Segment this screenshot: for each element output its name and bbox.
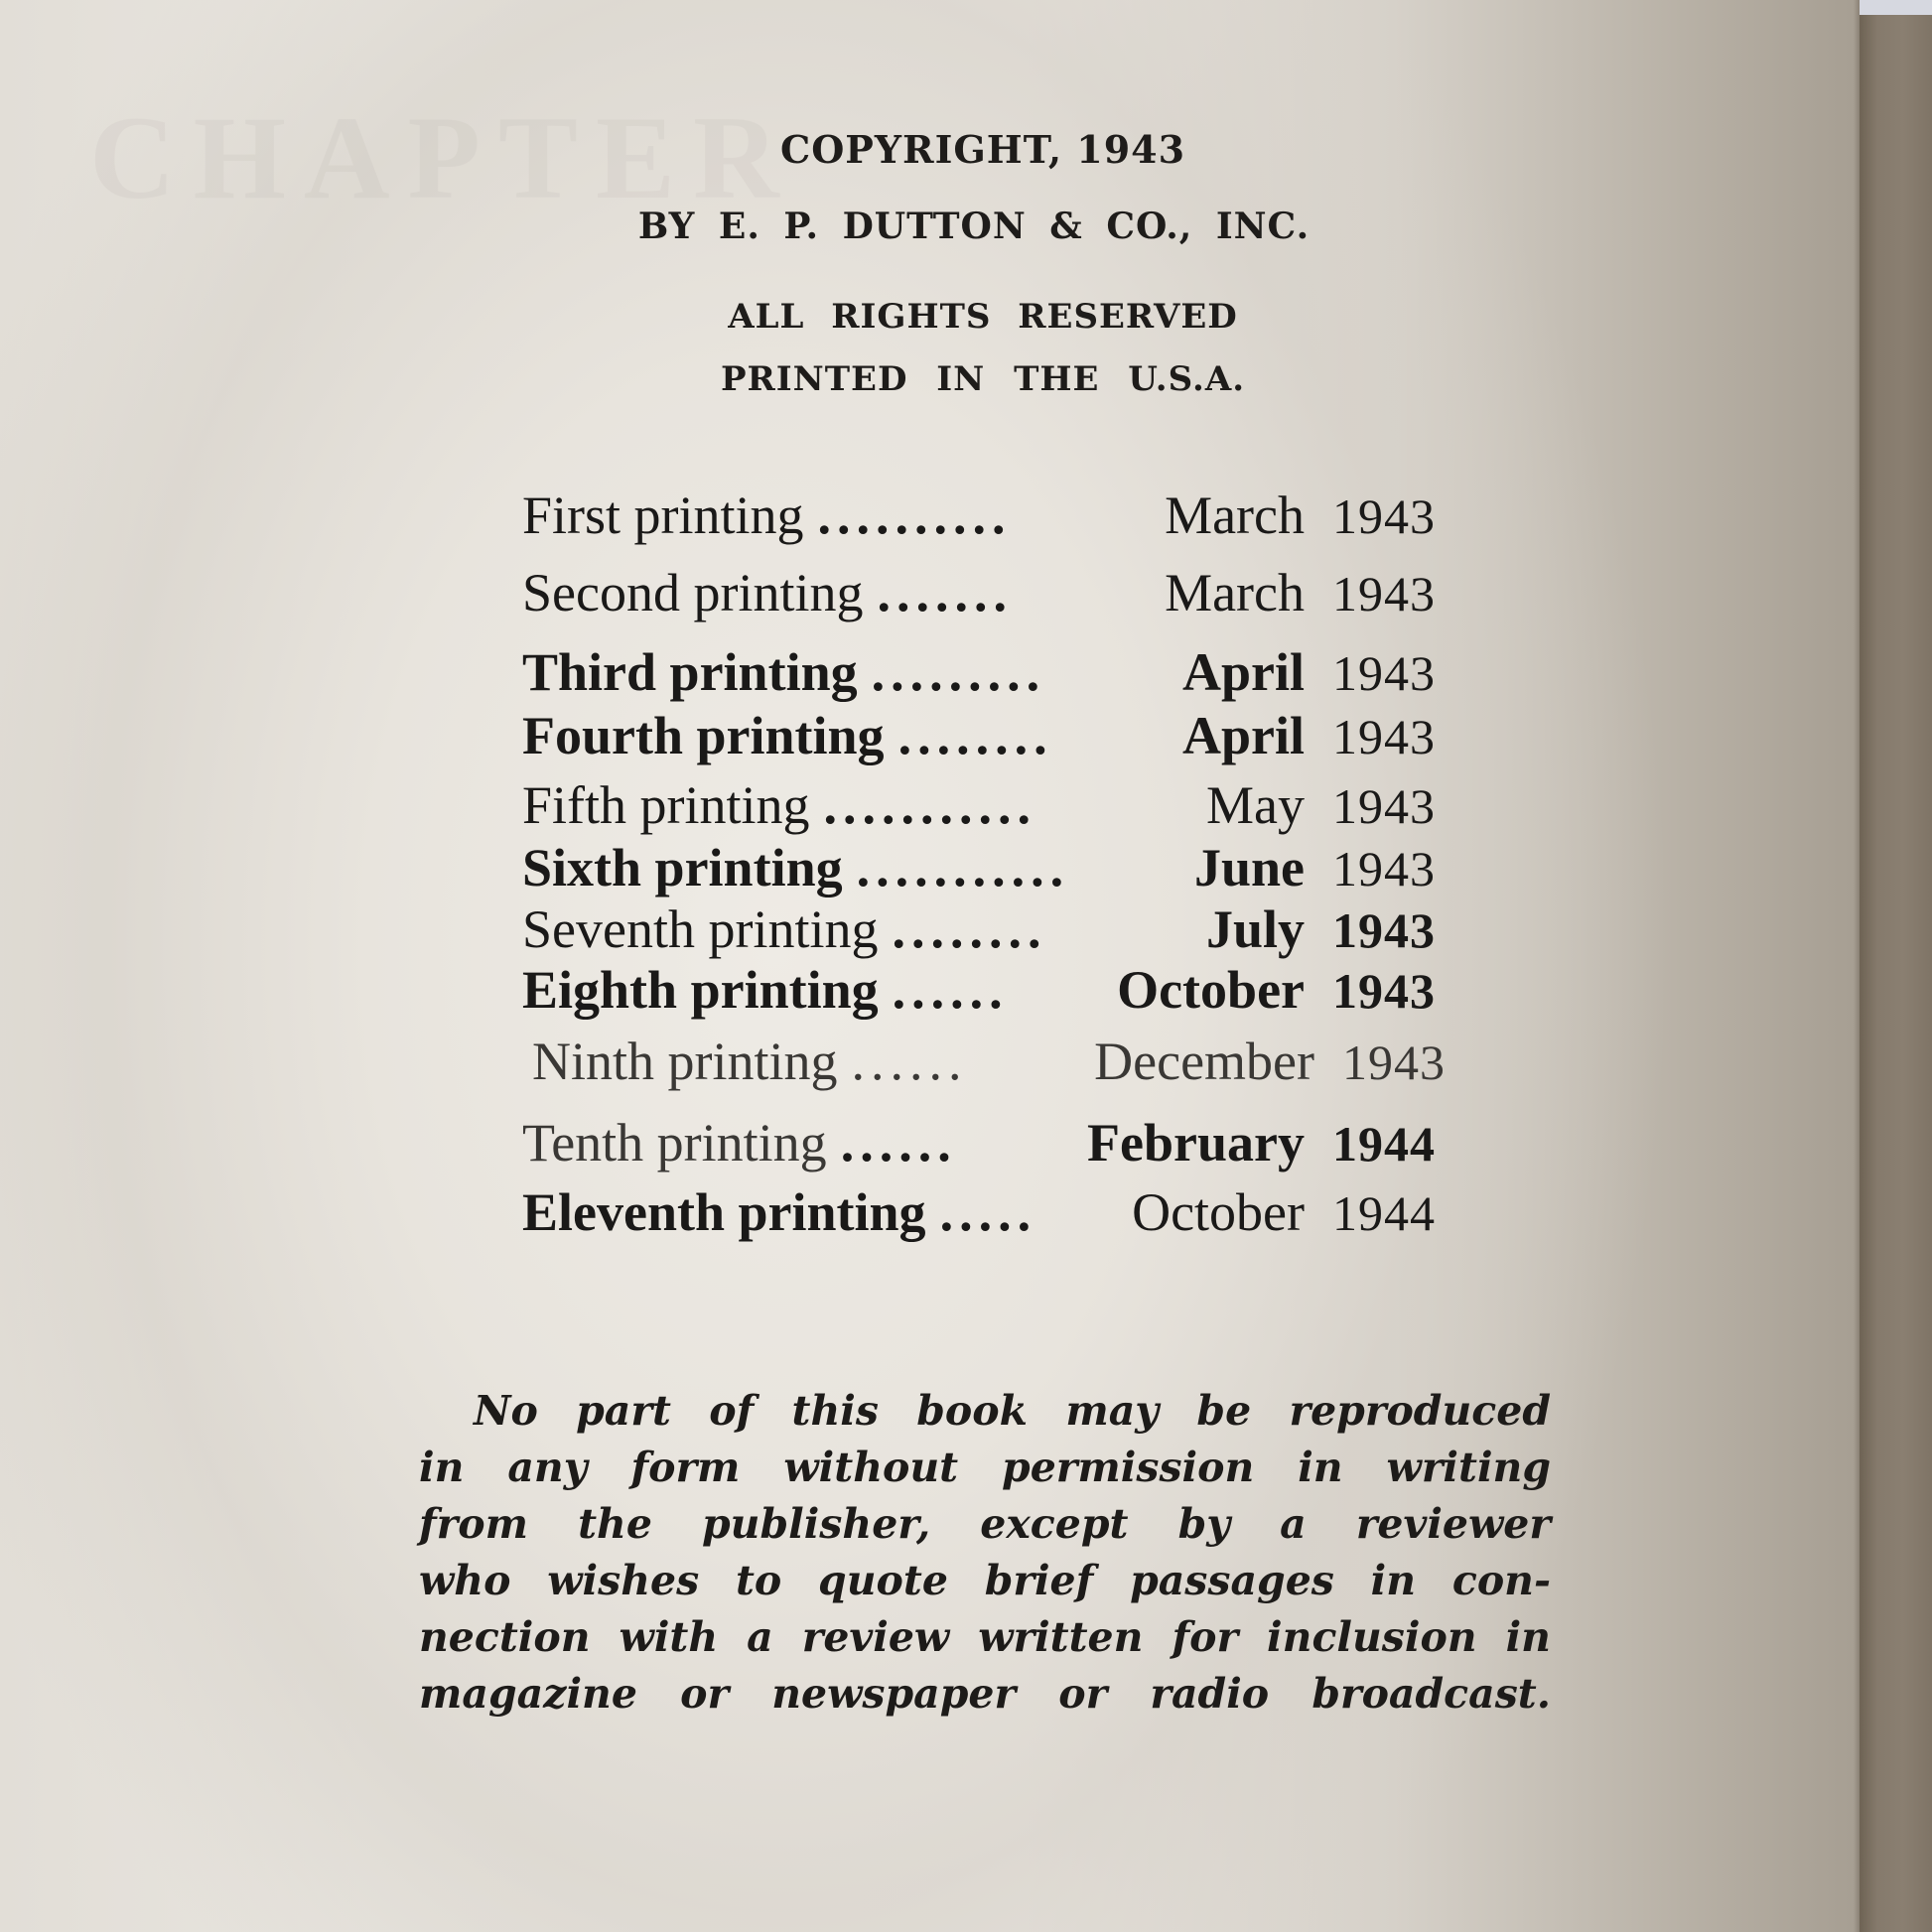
printing-month: April [1182,641,1305,703]
printing-month: June [1194,837,1305,898]
notice-line: nection with a review written for inclus… [419,1609,1551,1666]
printing-year: 1943 [1332,901,1436,959]
printing-month: March [1165,484,1305,546]
notice-line: who wishes to quote brief passages in co… [419,1553,1551,1609]
rights-line: ALL RIGHTS RESERVED [0,297,1932,337]
printing-label: First printing [522,484,804,546]
printing-year: 1943 [1332,708,1436,765]
printing-month: February [1087,1112,1305,1173]
copyright-page: CHAPTER COPYRIGHT, 1943 BY E. P. DUTTON … [0,0,1860,1932]
printing-label: Fourth printing [522,705,885,766]
printing-label: Fifth printing [522,774,810,836]
printing-year: 1943 [1342,1034,1446,1091]
printing-label: Second printing [522,562,863,623]
printing-month: April [1182,705,1305,766]
leader-dots: ........... [824,774,1205,836]
printing-label: Seventh printing [522,898,878,960]
publisher-text: BY E. P. DUTTON & CO., INC. [638,206,1310,247]
printing-label: Ninth printing [532,1031,838,1092]
printing-month: July [1206,898,1305,960]
printing-year: 1943 [1332,565,1436,622]
publisher-line: BY E. P. DUTTON & CO., INC. [0,206,1932,247]
notice-line: magazine or newspaper or radio broadcast… [419,1666,1551,1723]
background-gap [1860,0,1932,15]
printing-label: Sixth printing [522,837,843,898]
leader-dots: ....... [877,562,1163,623]
printing-year: 1943 [1332,777,1436,835]
leader-dots: ........... [857,837,1192,898]
leader-dots: ..... [940,1181,1131,1243]
printing-label: Third printing [522,641,858,703]
notice-line: No part of this book may be reproduced [419,1383,1551,1440]
printing-label: Eighth printing [522,959,879,1021]
printing-row: Fifth printing ........... May 1943 [522,774,1436,834]
printing-year: 1943 [1332,644,1436,702]
leader-dots: ......... [872,641,1180,703]
printing-row: First printing .......... March 1943 [522,484,1436,544]
copyright-line: COPYRIGHT, 1943 [0,127,1932,172]
reproduction-notice: No part of this book may be reproduced i… [419,1383,1551,1723]
notice-line: from the publisher, except by a reviewer [419,1496,1551,1553]
leader-dots: ........ [898,705,1180,766]
leader-dots: .......... [818,484,1164,546]
printing-row: Sixth printing ........... June 1943 [522,837,1436,897]
printing-row: Seventh printing ........ July 1943 [522,898,1436,958]
printing-month: October [1132,1181,1305,1243]
leader-dots: ...... [841,1112,1085,1173]
leader-dots: ........ [892,898,1203,960]
printing-label: Tenth printing [522,1112,827,1173]
printed-line: PRINTED IN THE U.S.A. [0,359,1932,399]
leader-dots: ...... [852,1031,1093,1092]
printed-text: PRINTED IN THE U.S.A. [721,359,1245,399]
copyright-text: COPYRIGHT, 1943 [780,127,1185,172]
printing-row: Tenth printing ...... February 1944 [522,1112,1436,1172]
printing-year: 1943 [1332,487,1436,545]
printing-year: 1943 [1332,962,1436,1020]
printing-year: 1943 [1332,840,1436,897]
printing-row: Eighth printing ...... October 1943 [522,959,1436,1019]
printing-row: Ninth printing ...... December 1943 [532,1031,1446,1090]
printing-row: Fourth printing ........ April 1943 [522,705,1436,764]
printing-year: 1944 [1332,1184,1436,1242]
leader-dots: ...... [893,959,1115,1021]
printing-row: Second printing ....... March 1943 [522,562,1436,621]
printing-month: May [1206,774,1305,836]
rights-text: ALL RIGHTS RESERVED [728,297,1238,337]
printing-row: Third printing ......... April 1943 [522,641,1436,701]
printing-year: 1944 [1332,1115,1436,1173]
printing-month: March [1165,562,1305,623]
notice-line: in any form without permission in writin… [419,1440,1551,1496]
printing-month: October [1117,959,1305,1021]
printing-row: Eleventh printing ..... October 1944 [522,1181,1436,1241]
printing-label: Eleventh printing [522,1181,926,1243]
printing-month: December [1094,1031,1314,1092]
book-cover-edge [1860,0,1932,1932]
